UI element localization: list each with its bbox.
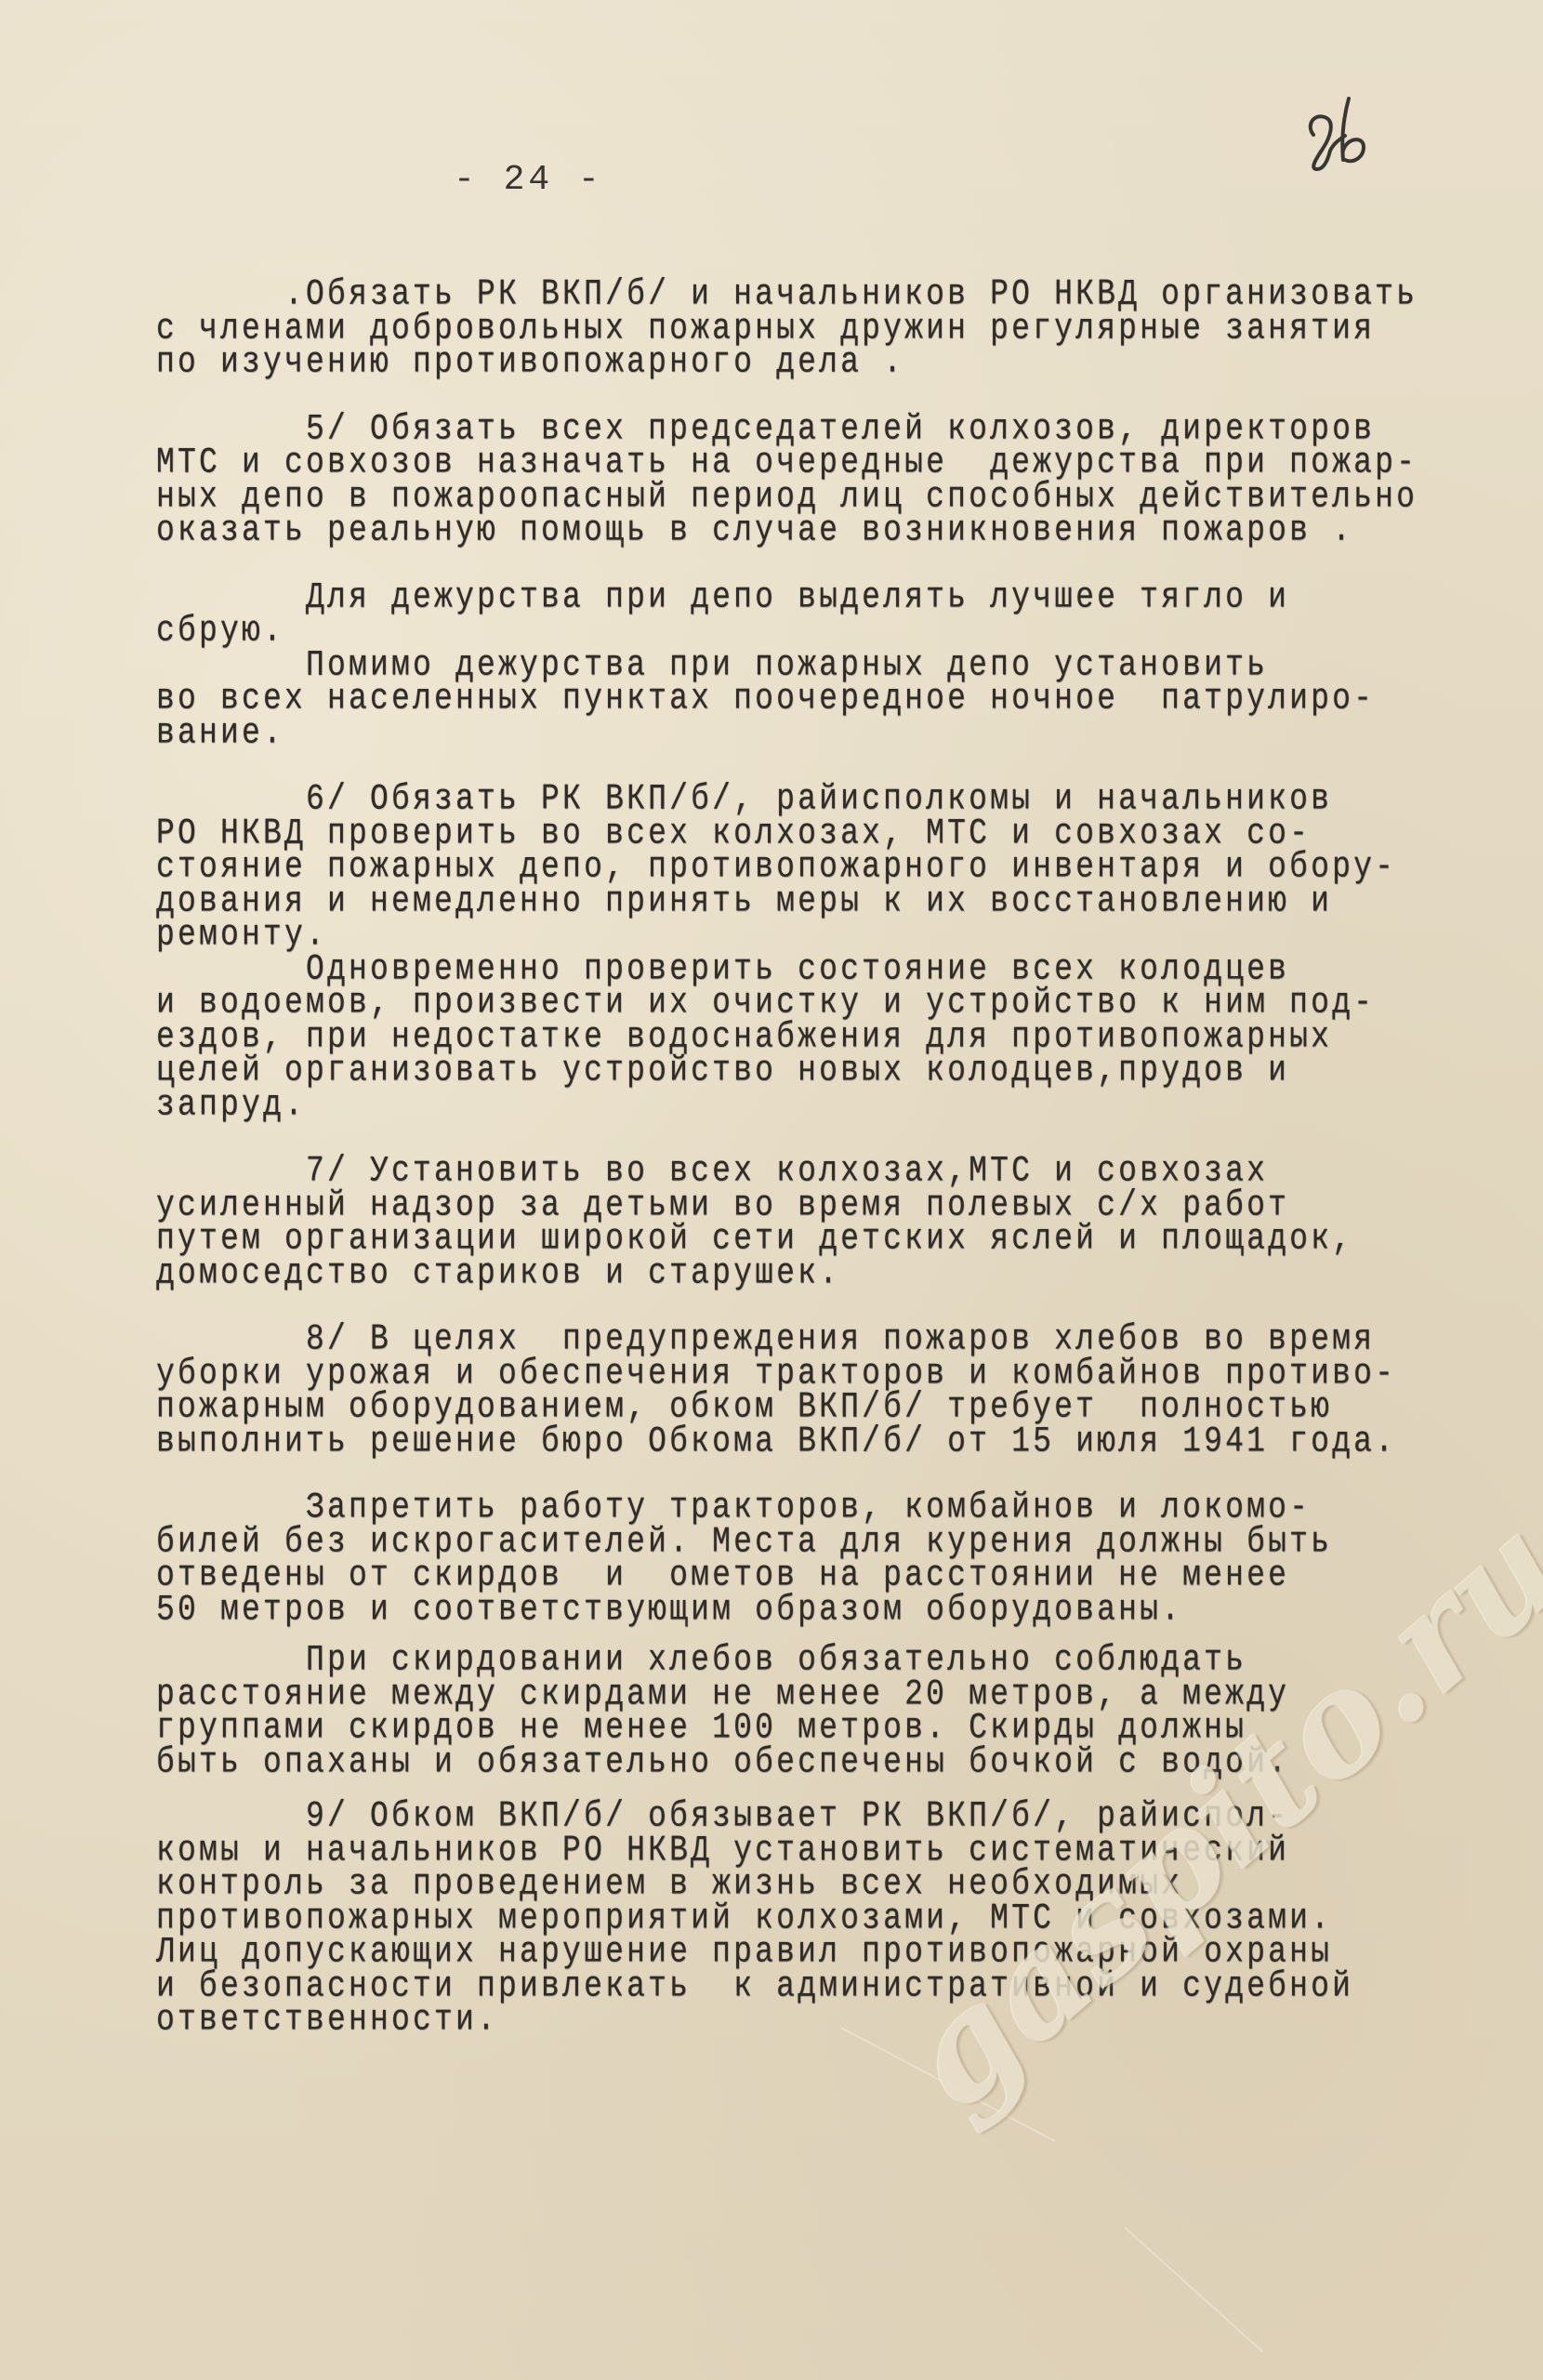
text-line: 50 метров и соответствующим образом обор…	[156, 1591, 1513, 1631]
document-page: - 24 - 26 .Обязать РК ВКП/б/ и начальник…	[0, 0, 1543, 2380]
paragraph-item-7: 7/ Установить во всех колхозах,МТС и сов…	[156, 1152, 1513, 1288]
text-line: по изучению противопожарного дела .	[156, 343, 1513, 383]
text-line: вание.	[156, 714, 1513, 754]
text-line: запруд.	[156, 1086, 1513, 1126]
paper-crease	[1124, 2227, 1263, 2352]
text-line: ответственности.	[156, 2001, 1513, 2041]
paragraph-item-5: 5/ Обязать всех председателей колхозов, …	[156, 410, 1513, 546]
paragraph-item-8-ban: Запретить работу тракторов, комбайнов и …	[156, 1488, 1513, 1624]
text-line: выполнить решение бюро Обкома ВКП/б/ от …	[156, 1422, 1513, 1462]
paragraph-item-6-wells: Одновременно проверить состояние всех ко…	[156, 950, 1513, 1120]
text-line: оказать реальную помощь в случае возникн…	[156, 511, 1513, 551]
page-number: - 24 -	[454, 160, 603, 200]
paragraph-item-6: 6/ Обязать РК ВКП/б/, райисполкомы и нач…	[156, 780, 1513, 950]
text-line: домоседство стариков и старушек.	[156, 1254, 1513, 1294]
paragraph-item-8: 8/ В целях предупреждения пожаров хлебов…	[156, 1320, 1513, 1456]
paragraph-item-5-draft: Для дежурства при депо выделять лучшее т…	[156, 578, 1513, 646]
handwritten-sheet-number: 26	[1297, 93, 1380, 186]
paragraph-item-5-patrol: Помимо дежурства при пожарных депо устан…	[156, 646, 1513, 748]
paragraph-intro: .Обязать РК ВКП/б/ и начальников РО НКВД…	[156, 275, 1513, 377]
